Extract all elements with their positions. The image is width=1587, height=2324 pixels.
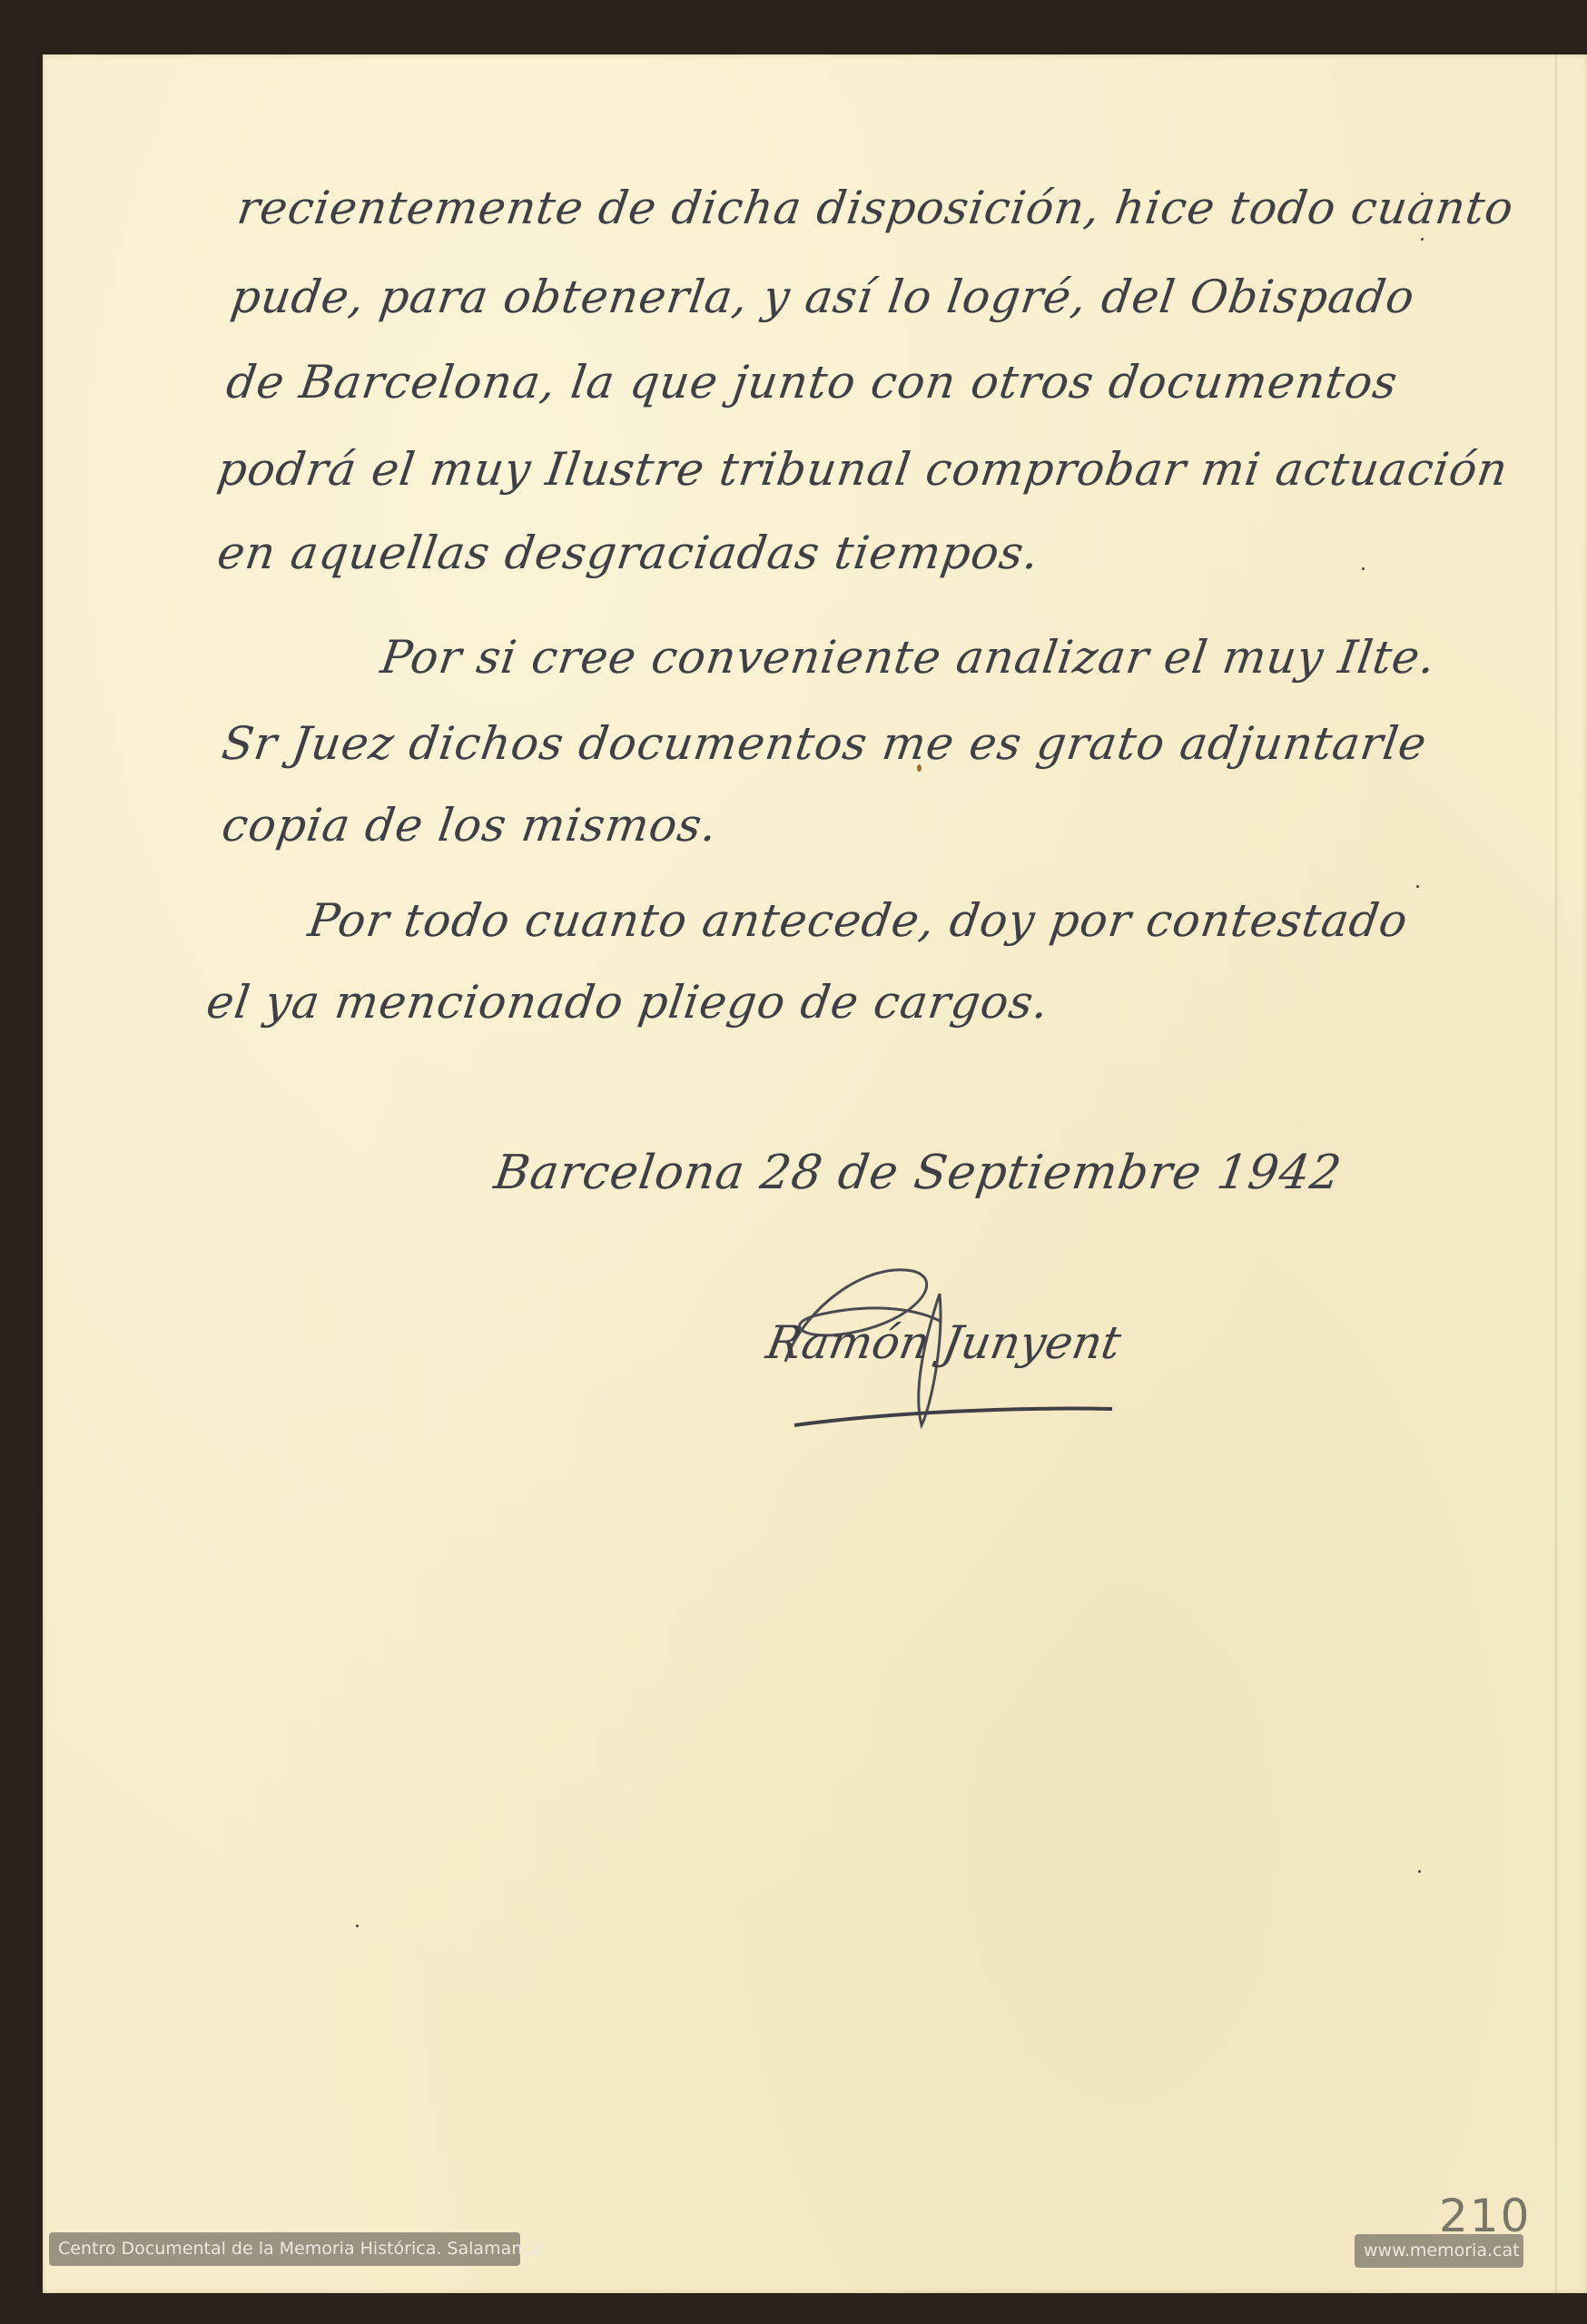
- paper-speck: [1416, 885, 1419, 888]
- date-line: Barcelona 28 de Septiembre 1942: [491, 1146, 1345, 1200]
- website-watermark[interactable]: www.memoria.cat: [1355, 2234, 1523, 2268]
- paper-speck: [356, 1925, 359, 1927]
- letter-line-9: Por todo cuanto antecede, doy por contes…: [305, 894, 1412, 947]
- letter-line-7: Sr Juez dichos documentos me es grato ad…: [219, 717, 1430, 770]
- paper-speck: [1418, 1870, 1421, 1873]
- letter-line-6: Por si cree conveniente analizar el muy …: [378, 631, 1439, 684]
- letter-line-4: podrá el muy Ilustre tribunal comprobar …: [214, 443, 1512, 496]
- paper-speck: [1421, 192, 1424, 195]
- letter-line-5: en aquellas desgraciadas tiempos.: [214, 527, 1043, 579]
- letter-line-3: de Barcelona, la que junto con otros doc…: [223, 356, 1401, 409]
- paper-speck: [1362, 567, 1365, 570]
- letter-line-8: copia de los mismos.: [219, 799, 721, 852]
- letter-line-1: recientemente de dicha disposición, hice…: [234, 182, 1517, 234]
- archive-watermark: Centro Documental de la Memoria Históric…: [49, 2232, 520, 2266]
- letter-line-2: pude, para obtenerla, y así lo logré, de…: [228, 271, 1418, 323]
- signature-text: Ramón Junyent: [763, 1316, 1125, 1369]
- paper-speck: [1421, 238, 1424, 241]
- letter-line-10: el ya mencionado pliego de cargos.: [203, 976, 1052, 1029]
- paper-stain: [917, 764, 922, 772]
- paper-fold-line: [1555, 54, 1557, 2293]
